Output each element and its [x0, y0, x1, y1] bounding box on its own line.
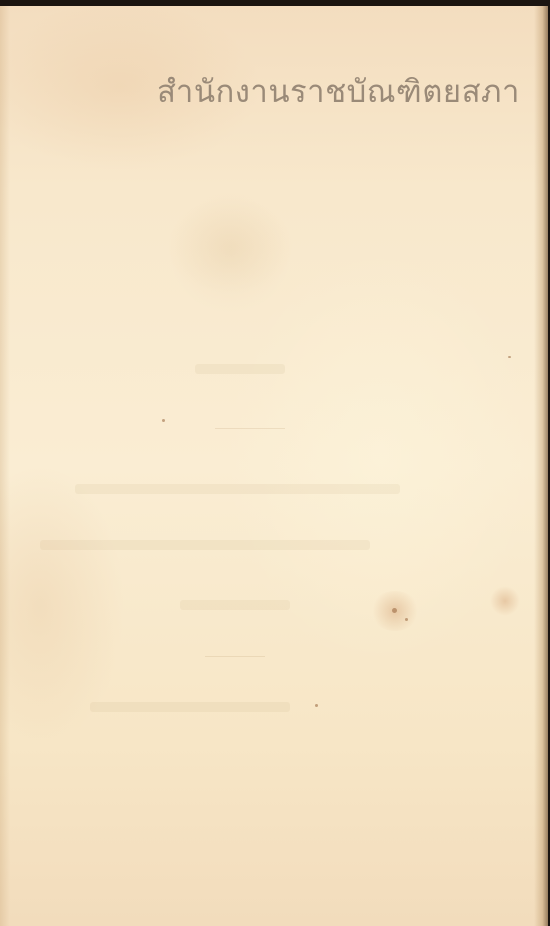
- foxing-spot: [315, 704, 318, 707]
- foxing-spot: [405, 618, 408, 621]
- foxing-spot: [392, 608, 397, 613]
- bleedthrough-line-2: [40, 540, 370, 550]
- bleedthrough-rule-1: [215, 428, 285, 429]
- foxing-stain: [490, 586, 520, 616]
- foxing-spot: [508, 356, 511, 358]
- bleedthrough-line-3: [180, 600, 290, 610]
- page-right-edge: [534, 6, 548, 926]
- page-left-edge: [0, 6, 10, 926]
- emblem-bleedthrough: [170, 186, 290, 316]
- watermark-text: สำนักงานราชบัณฑิตยสภา: [157, 66, 520, 116]
- bleedthrough-line-4: [90, 702, 290, 712]
- foxing-spot: [162, 419, 165, 422]
- bleedthrough-title: [195, 364, 285, 374]
- scanned-page: สำนักงานราชบัณฑิตยสภา: [0, 6, 548, 926]
- bleedthrough-rule-2: [205, 656, 265, 657]
- bleedthrough-line-1: [75, 484, 400, 494]
